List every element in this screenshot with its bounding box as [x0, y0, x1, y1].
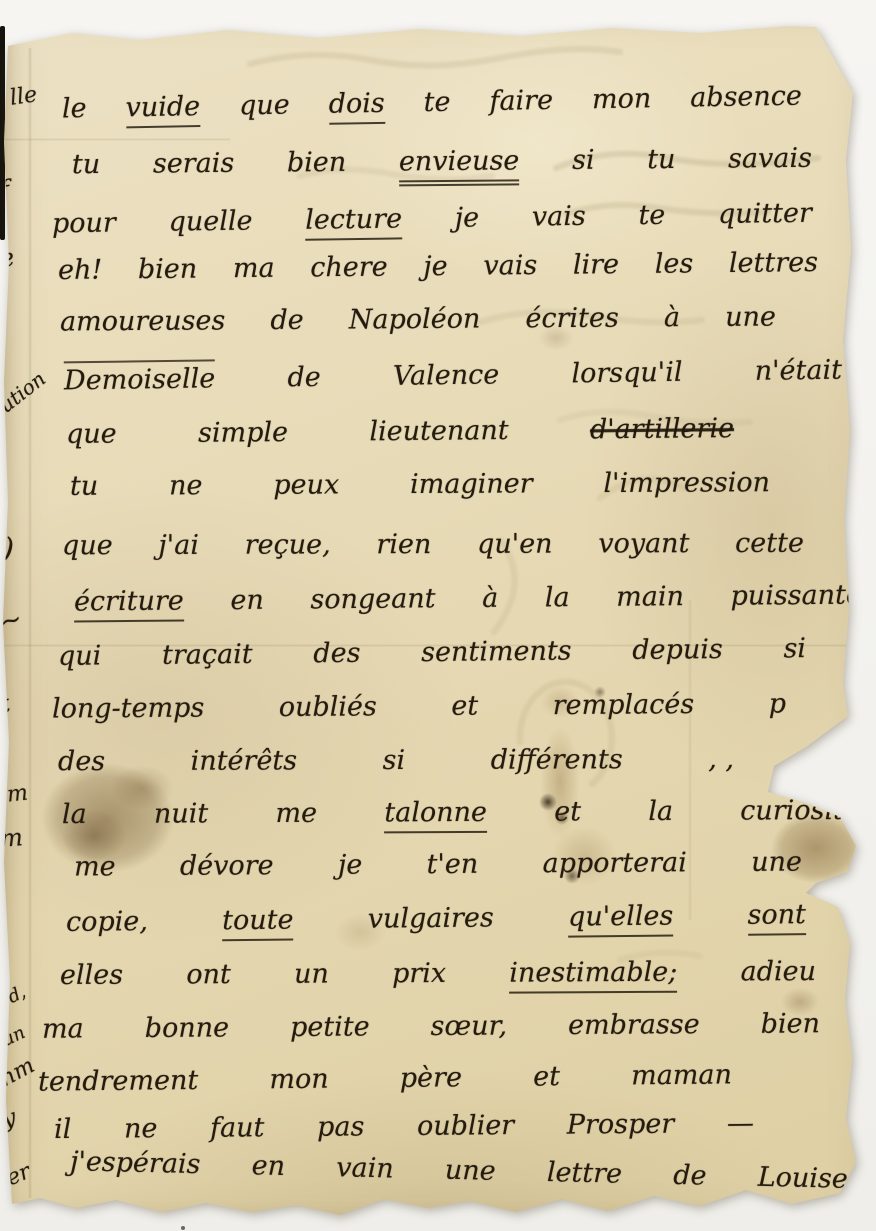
letter-word: n'était	[754, 354, 842, 389]
letter-word: dévore	[180, 849, 274, 883]
background-speck	[181, 1226, 185, 1230]
letter-word: lettres	[729, 246, 818, 281]
letter-word: à	[482, 582, 498, 616]
letter-line: ilnefautpasoublierProsper—	[54, 1107, 754, 1147]
letter-word: vain	[336, 1151, 394, 1186]
letter-word: long-temps	[52, 691, 204, 726]
letter-word: absence	[690, 80, 802, 116]
letter-word: qu'en	[477, 528, 553, 562]
letter-word: me	[74, 850, 116, 884]
letter-word: maman	[631, 1058, 732, 1093]
letter-word: depuis	[632, 633, 723, 668]
letter-word: sont	[747, 898, 806, 935]
letter-word: lire	[573, 248, 620, 282]
letter-word: main	[616, 580, 684, 614]
letter-word: une	[445, 1154, 497, 1189]
margin-ink-fragment: im	[0, 781, 29, 809]
letter-word: écriture	[74, 584, 184, 622]
letter-word: toute	[222, 903, 294, 940]
letter-word: adieu	[740, 955, 816, 989]
letter-word: dois	[328, 87, 385, 125]
scanned-letter-page: levuidequedoistefairemonabsencetuseraisb…	[0, 0, 876, 1231]
letter-word: lecture	[305, 202, 402, 240]
letter-word: et	[451, 690, 478, 724]
letter-word: quitter	[718, 197, 812, 232]
letter-word: et	[554, 795, 581, 829]
letter-word: sentiments	[421, 635, 572, 670]
letter-word: —	[727, 1107, 754, 1141]
letter-word: nuit	[154, 797, 208, 831]
letter-word: Demoiselle	[64, 359, 216, 398]
letter-word: que	[66, 417, 117, 451]
letter-word: curiosité	[740, 794, 860, 828]
letter-word: pas	[317, 1110, 365, 1144]
letter-word: amoureuses	[60, 304, 226, 339]
letter-word: le	[62, 92, 87, 126]
letter-body: levuidequedoistefairemonabsencetuseraisb…	[0, 0, 876, 1231]
letter-line: quitraçaitdessentimentsdepuissi	[58, 632, 806, 674]
letter-word: cette	[735, 527, 804, 561]
letter-word: j'espérais	[70, 1145, 201, 1182]
letter-word: puissante	[730, 579, 862, 614]
letter-word: mon	[592, 82, 652, 117]
letter-line: écritureensongeantàlamainpuissante	[74, 579, 862, 623]
letter-word: mon	[269, 1063, 329, 1097]
letter-word: tu	[72, 148, 101, 182]
letter-word: je	[455, 201, 480, 235]
letter-word: l'impression	[603, 466, 770, 501]
letter-word: savais	[728, 142, 812, 176]
letter-line: levuidequedoistefairemonabsence	[62, 80, 803, 130]
letter-word: faire	[489, 84, 553, 119]
letter-line: tendrementmonpèreetmaman	[38, 1058, 732, 1099]
letter-word: tendrement	[38, 1064, 199, 1099]
letter-word: la	[648, 795, 673, 829]
letter-word: qu'elles	[568, 900, 674, 938]
letter-word: la	[545, 581, 570, 615]
letter-word: reçue,	[245, 528, 331, 562]
margin-ink-fragment: m	[0, 823, 24, 853]
letter-word: lieutenant	[369, 414, 508, 449]
letter-word: je	[338, 849, 363, 883]
letter-word: t'en	[426, 848, 478, 882]
letter-line: quesimplelieutenantd'artillerie	[66, 412, 734, 452]
letter-line: copie,toutevulgairesqu'ellessont	[66, 898, 806, 942]
letter-word: d'artillerie	[590, 412, 734, 447]
letter-word: la	[62, 798, 87, 832]
letter-line: tuseraisbienenvieusesitusavais	[72, 142, 812, 189]
letter-word: bien	[761, 1007, 821, 1041]
letter-word: , ,	[708, 743, 734, 777]
letter-word: ont	[186, 958, 231, 992]
letter-word: j'ai	[158, 529, 199, 563]
letter-word: à	[664, 301, 680, 335]
letter-word: et	[533, 1060, 560, 1094]
letter-word: Louise	[757, 1161, 848, 1197]
letter-line: eh!bienmacherejevaislireleslettres	[58, 246, 818, 288]
letter-line: pourquellelecturejevaistequitter	[52, 197, 812, 244]
letter-word: te	[423, 86, 450, 120]
letter-word: quelle	[168, 205, 252, 240]
letter-word: Valence	[393, 358, 500, 393]
paper-wrap: levuidequedoistefairemonabsencetuseraisb…	[0, 0, 876, 1231]
letter-word: en	[230, 584, 264, 618]
letter-word: imaginer	[410, 467, 533, 501]
letter-line: quej'aireçue,rienqu'envoyantcette	[62, 527, 804, 563]
letter-line: long-tempsoubliésetremplacésp	[52, 687, 786, 726]
letter-word: voyant	[598, 527, 689, 561]
letter-word: prix	[392, 957, 446, 991]
letter-word: peux	[273, 468, 339, 502]
letter-word: de	[287, 361, 321, 395]
letter-word: eh!	[58, 254, 103, 288]
letter-word: que	[62, 529, 113, 563]
letter-line: ellesontunprixinestimable;adieu	[60, 955, 816, 996]
letter-word: serais	[153, 147, 235, 181]
letter-word: que	[239, 88, 290, 123]
letter-word: différents	[491, 743, 623, 777]
letter-word: ne	[124, 1112, 158, 1146]
letter-word: père	[400, 1061, 463, 1095]
letter-line: DemoiselledeValencelorsqu'iln'était	[64, 351, 842, 399]
letter-word: sœur,	[431, 1009, 508, 1043]
letter-word: un	[294, 958, 329, 992]
letter-word: de	[270, 304, 304, 338]
letter-line: lanuitmetalonneetlacuriosité	[62, 794, 860, 835]
letter-word: si	[783, 632, 806, 666]
letter-line: mabonnepetitesœur,embrassebien	[42, 1007, 820, 1046]
letter-word: une	[725, 301, 776, 335]
letter-paper: levuidequedoistefairemonabsencetuseraisb…	[0, 0, 876, 1231]
letter-word: simple	[198, 416, 288, 451]
letter-word: intérêts	[191, 744, 298, 778]
letter-word: des	[58, 745, 105, 779]
letter-word: bonne	[145, 1011, 230, 1045]
letter-word: vuide	[125, 90, 200, 128]
letter-word: p	[769, 687, 787, 721]
letter-word: il	[54, 1113, 72, 1147]
letter-word: vais	[483, 249, 537, 283]
letter-word: envieuse	[399, 144, 520, 186]
letter-word: rien	[376, 528, 431, 562]
letter-word: lorsqu'il	[571, 356, 682, 391]
letter-word: me	[275, 797, 317, 831]
letter-word: si	[572, 144, 595, 178]
letter-word: ne	[169, 469, 203, 503]
letter-word: elles	[60, 959, 123, 993]
letter-word: des	[313, 637, 360, 671]
letter-word: vulgaires	[368, 901, 494, 936]
letter-word: Prosper	[567, 1108, 675, 1143]
letter-word: ma	[42, 1012, 84, 1046]
letter-line: j'espéraisenvainunelettredeLouise	[70, 1145, 849, 1196]
letter-line: amoureusesdeNapoléonécritesàune	[60, 301, 776, 340]
letter-word: copie,	[66, 905, 148, 940]
letter-word: inestimable;	[509, 956, 677, 994]
letter-word: les	[655, 247, 694, 281]
letter-word: pour	[52, 206, 116, 241]
letter-word: bien	[138, 253, 198, 287]
letter-word: chere	[310, 251, 388, 286]
letter-word: Napoléon	[349, 303, 481, 338]
letter-word: remplacés	[553, 688, 695, 723]
letter-word: songeant	[310, 582, 435, 617]
letter-word: si	[383, 744, 406, 778]
letter-line: desintérêtssidifférents, ,	[58, 743, 734, 779]
letter-line: medévorejet'enapporteraiune	[74, 845, 802, 884]
letter-word: petite	[290, 1010, 370, 1044]
letter-word: apporterai	[542, 846, 687, 881]
letter-word: oubliés	[279, 690, 377, 724]
letter-word: tu	[647, 143, 676, 177]
letter-word: une	[751, 845, 802, 879]
letter-word: ma	[233, 252, 275, 286]
letter-line: tunepeuximaginerl'impression	[70, 466, 770, 503]
letter-word: de	[673, 1159, 707, 1193]
letter-word: te	[638, 199, 665, 233]
letter-word: embrasse	[568, 1008, 700, 1043]
margin-ink-fragment: lle	[8, 82, 38, 111]
letter-word: traçait	[162, 638, 253, 673]
letter-word: faut	[210, 1111, 265, 1145]
letter-word: bien	[287, 146, 347, 180]
letter-word: oublier	[417, 1109, 514, 1144]
letter-word: je	[423, 250, 448, 284]
letter-word: qui	[58, 639, 102, 673]
letter-word: lettre	[547, 1156, 623, 1191]
letter-word: écrites	[525, 302, 619, 336]
letter-word: vais	[532, 200, 586, 234]
letter-word: talonne	[384, 796, 487, 833]
letter-word: tu	[70, 470, 98, 504]
letter-word: en	[251, 1149, 285, 1183]
